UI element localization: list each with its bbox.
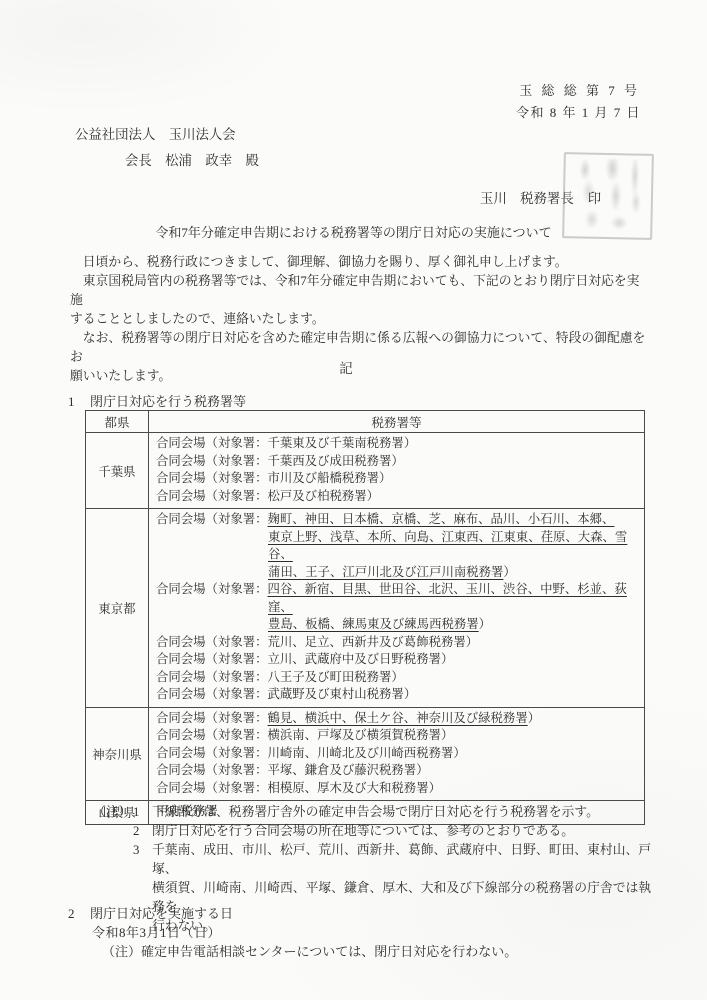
venue-entry: 合同会場（対象署：鶴見、横浜中、保土ケ谷、神奈川及び緑税務署） <box>156 710 638 728</box>
prefecture-cell: 千葉県 <box>86 433 149 509</box>
ki-separator: 記 <box>0 357 694 377</box>
section1-heading: 1閉庁日対応を行う税務署等 <box>68 391 246 410</box>
body-paragraph: 日頃から、税務行政につきまして、御理解、御協力を賜り、厚く御礼申し上げます。 <box>70 253 648 272</box>
section2-date: 令和8年3月1日（日） <box>92 923 517 942</box>
venue-entry: 合同会場（対象署：立川、武蔵府中及び日野税務署） <box>156 651 638 669</box>
offices-table: 都県 税務署等 千葉県合同会場（対象署：千葉東及び千葉南税務署）合同会場（対象署… <box>85 410 645 825</box>
document-page: 玉 総 総 第 7 号 令和 8 年 1 月 7 日 公益社団法人 玉川法人会 … <box>0 0 707 1000</box>
note-item: （注）1下線部分は、税務署庁舎外の確定申告会場で閉庁日対応を行う税務署を示す。 <box>93 803 653 822</box>
venue-entry: 合同会場（対象署：川崎南、川崎北及び川崎西税務署） <box>156 745 638 763</box>
venue-entry: 合同会場（対象署：荒川、足立、西新井及び葛飾税務署） <box>156 634 638 652</box>
prefecture-cell: 東京都 <box>86 509 149 708</box>
section1-heading-text: 閉庁日対応を行う税務署等 <box>90 394 246 409</box>
section-number: 2 <box>68 904 90 923</box>
section2-heading: 2閉庁日対応を実施する日 <box>68 904 517 923</box>
table-header-prefecture: 都県 <box>86 411 149 433</box>
offices-cell: 合同会場（対象署：千葉東及び千葉南税務署）合同会場（対象署：千葉西及び成田税務署… <box>149 433 645 509</box>
venue-entry: 合同会場（対象署：千葉東及び千葉南税務署） <box>156 435 638 453</box>
recipient-org-line: 公益社団法人 玉川法人会 <box>75 124 259 143</box>
venue-entry: 合同会場（対象署：八王子及び町田税務署） <box>156 669 638 687</box>
section-number: 1 <box>68 394 90 410</box>
venue-entry: 合同会場（対象署：平塚、鎌倉及び藤沢税務署） <box>156 762 638 780</box>
note-item: 2閉庁日対応を行う合同会場の所在地等については、参考のとおりである。 <box>93 822 653 841</box>
prefecture-cell: 神奈川県 <box>86 707 149 801</box>
table-header-offices: 税務署等 <box>149 411 645 433</box>
section2-block: 2閉庁日対応を実施する日 令和8年3月1日（日） （注）確定申告電話相談センター… <box>68 904 517 961</box>
doc-number: 玉 総 総 第 7 号 <box>519 80 640 99</box>
recipient-addressee-line: 会長 松浦 政幸 殿 <box>75 150 259 169</box>
venue-entry: 合同会場（対象署：相模原、厚木及び大和税務署） <box>156 780 638 798</box>
body-paragraph: 東京国税局管内の税務署等では、令和7年分確定申告期においても、下記のとおり閉庁日… <box>70 272 648 329</box>
venue-entry: 合同会場（対象署：四谷、新宿、目黒、世田谷、北沢、玉川、渋谷、中野、杉並、荻窪、… <box>156 581 638 634</box>
offices-cell: 合同会場（対象署：鶴見、横浜中、保土ケ谷、神奈川及び緑税務署）合同会場（対象署：… <box>149 707 645 801</box>
document-title: 令和7年分確定申告期における税務署等の閉庁日対応の実施について <box>0 222 707 241</box>
venue-entry: 合同会場（対象署：武蔵野及び東村山税務署） <box>156 686 638 704</box>
venue-entry: 合同会場（対象署：横浜南、戸塚及び横須賀税務署） <box>156 727 638 745</box>
venue-entry: 合同会場（対象署：千葉西及び成田税務署） <box>156 453 638 471</box>
section2-heading-text: 閉庁日対応を実施する日 <box>90 906 233 921</box>
venue-entry: 合同会場（対象署：松戸及び柏税務署） <box>156 488 638 506</box>
recipient-block: 公益社団法人 玉川法人会 会長 松浦 政幸 殿 <box>75 124 259 169</box>
doc-date: 令和 8 年 1 月 7 日 <box>516 102 641 121</box>
table-row: 千葉県合同会場（対象署：千葉東及び千葉南税務署）合同会場（対象署：千葉西及び成田… <box>86 433 645 509</box>
venue-entry: 合同会場（対象署：麹町、神田、日本橋、京橋、芝、麻布、品川、小石川、本郷、東京上… <box>156 511 638 581</box>
table-header-row: 都県 税務署等 <box>86 411 645 433</box>
sender-title: 玉川 税務署長 <box>480 191 574 206</box>
venue-entry: 合同会場（対象署：市川及び船橋税務署） <box>156 470 638 488</box>
table-row: 神奈川県合同会場（対象署：鶴見、横浜中、保土ケ谷、神奈川及び緑税務署）合同会場（… <box>86 707 645 801</box>
offices-table-body: 千葉県合同会場（対象署：千葉東及び千葉南税務署）合同会場（対象署：千葉西及び成田… <box>86 433 645 825</box>
table-row: 東京都合同会場（対象署：麹町、神田、日本橋、京橋、芝、麻布、品川、小石川、本郷、… <box>86 509 645 708</box>
offices-cell: 合同会場（対象署：麹町、神田、日本橋、京橋、芝、麻布、品川、小石川、本郷、東京上… <box>149 509 645 708</box>
section2-note: （注）確定申告電話相談センターについては、閉庁日対応を行わない。 <box>102 942 517 961</box>
